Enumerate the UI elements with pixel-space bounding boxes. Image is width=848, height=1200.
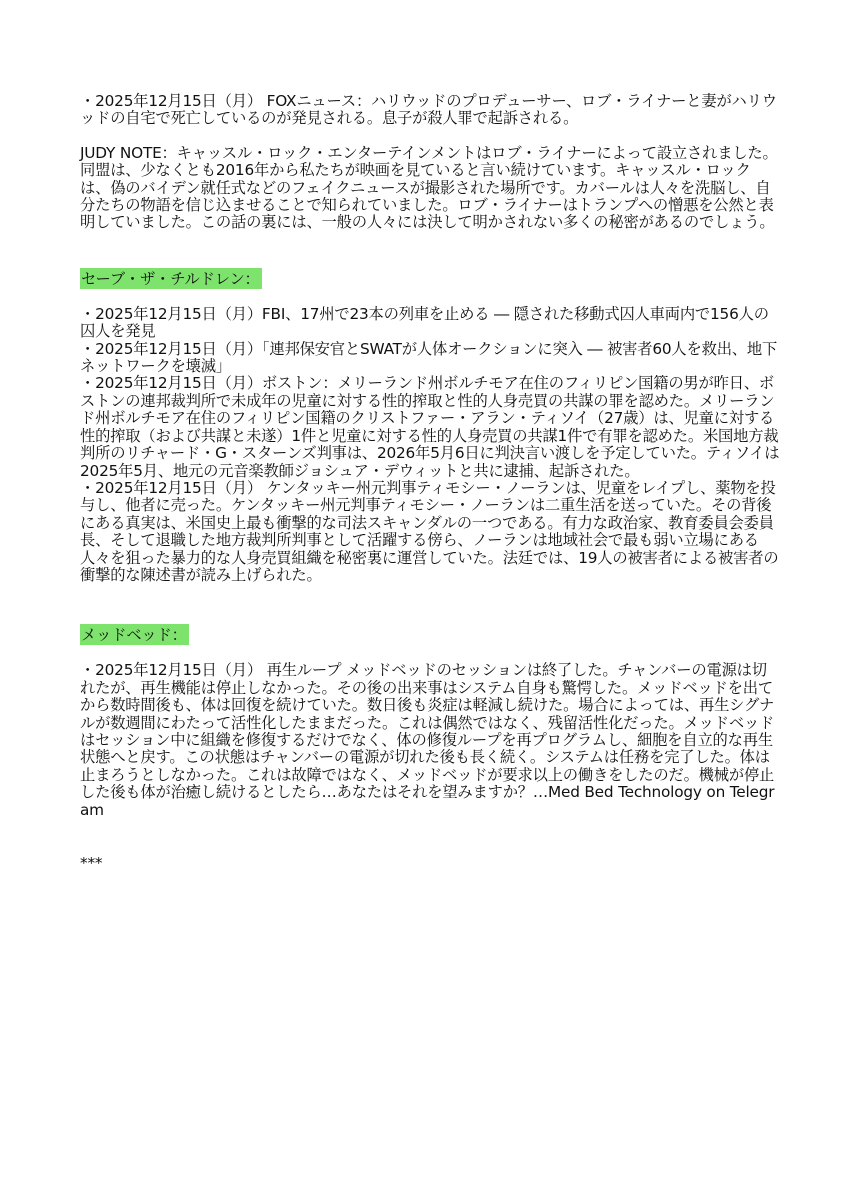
end-marker: *** [80, 855, 780, 872]
spacer [80, 232, 780, 268]
news-item: ・2025年12月15日（月）ボストン：メリーランド州ボルチモア在住のフィリピン… [80, 375, 780, 479]
spacer [80, 645, 780, 662]
spacer [80, 289, 780, 306]
news-item: ・2025年12月15日（月）FBI、17州で23本の列車を止める ― 隠された… [80, 306, 780, 341]
judy-note: JUDY NOTE：キャッスル・ロック・エンターテインメントはロブ・ライナーによ… [80, 145, 780, 232]
news-item: ・2025年12月15日（月）「連邦保安官とSWATが人体オークションに突入 ―… [80, 341, 780, 376]
section-save-the-children: セーブ・ザ・チルドレン： ・2025年12月15日（月）FBI、17州で23本の… [80, 268, 780, 585]
section-heading-med-bed: メッドベッド： [80, 624, 189, 645]
section-heading-save-the-children: セーブ・ザ・チルドレン： [80, 268, 262, 289]
spacer [80, 584, 780, 624]
news-item: ・2025年12月15日（月） 再生ループ メッドベッドのセッションは終了した。… [80, 662, 780, 819]
spacer [80, 128, 780, 145]
spacer [80, 819, 780, 855]
news-item: ・2025年12月15日（月） ケンタッキー州元判事ティモシー・ノーランは、児童… [80, 480, 780, 584]
document-page: ・2025年12月15日（月） FOXニュース：ハリウッドのプロデューサー、ロブ… [80, 93, 780, 872]
section-med-bed: メッドベッド： ・2025年12月15日（月） 再生ループ メッドベッドのセッシ… [80, 624, 780, 819]
fox-news-item: ・2025年12月15日（月） FOXニュース：ハリウッドのプロデューサー、ロブ… [80, 93, 780, 128]
